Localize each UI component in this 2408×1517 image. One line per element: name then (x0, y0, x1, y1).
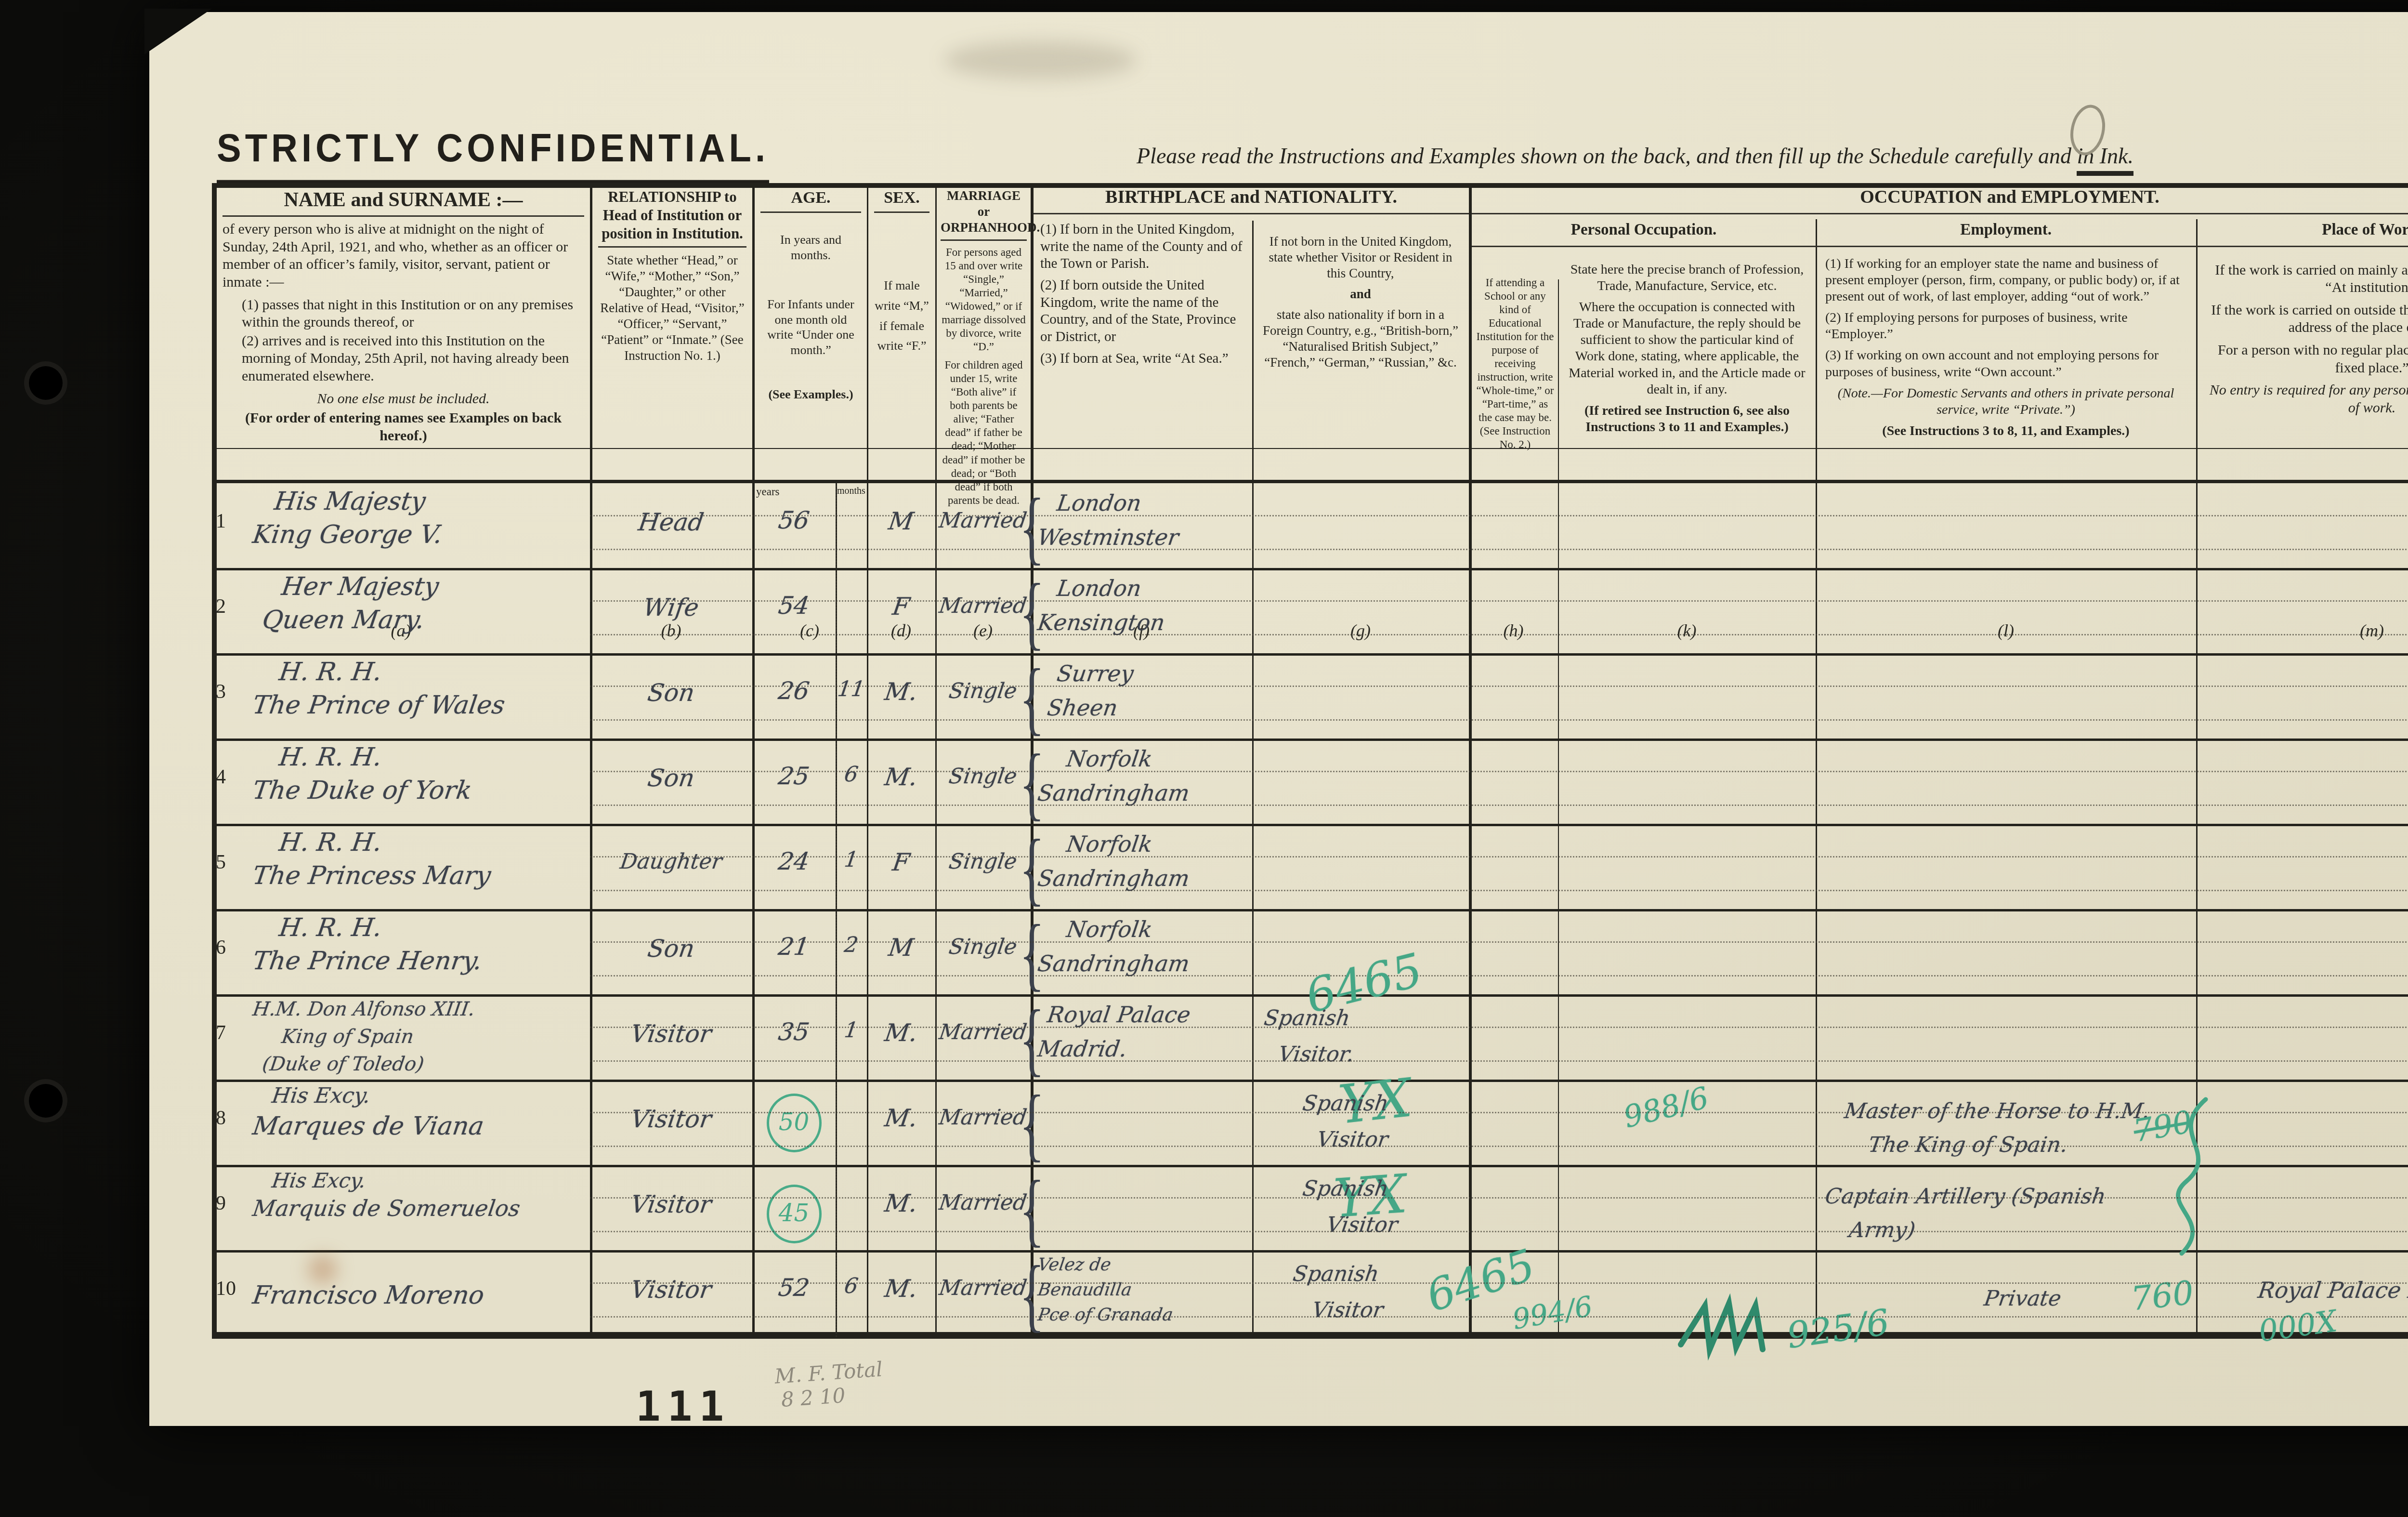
nationality-cell: SpanishVisitor (1264, 1086, 1466, 1158)
name-cell: H.M. Don Alfonso XIII.King of Spain(Duke… (253, 996, 590, 1078)
name-line: King of Spain (280, 1023, 592, 1051)
marriage-value: Married (933, 1020, 1032, 1044)
birthplace-line: Benaudilla (1036, 1278, 1254, 1303)
sex-value: M. (865, 1019, 937, 1047)
header-marriage: MARRIAGE or ORPHANHOOD. For persons aged… (937, 183, 1031, 448)
header-nationality: If not born in the United Kingdom, state… (1252, 214, 1469, 395)
header-text: If male write “M,” if female write “F.” (874, 276, 929, 356)
header-text: (3) If working on own account and not em… (1825, 347, 2186, 380)
row-number: 5 (216, 851, 245, 874)
place-of-work-cell: Royal Palace Madrid (2206, 1277, 2408, 1303)
age-months-value: 6 (834, 762, 868, 787)
name-line: H.M. Don Alfonso XIII. (251, 996, 592, 1023)
name-cell: H. R. H.The Duke of York (253, 741, 590, 807)
header-text: No one else must be included. (222, 390, 584, 408)
name-line: Marques de Viana (250, 1110, 592, 1143)
birthplace-cell: SurreySheen (1038, 657, 1252, 726)
guide-line (590, 975, 2408, 976)
table-row: 4 H. R. H.The Duke of York Son 25 6 M. S… (212, 739, 2408, 824)
header-text: of every person who is alive at midnight… (222, 221, 584, 291)
header-text: (If retired see Instruction 6, see also … (1565, 403, 1809, 435)
age-years-value: 52 (750, 1274, 838, 1302)
table-row: 8 His Excy.Marques de Viana Visitor 50 M… (212, 1080, 2408, 1165)
header-text: If attending a School or any kind of Edu… (1475, 276, 1556, 452)
guide-line (590, 805, 2408, 806)
row-number: 4 (216, 765, 245, 789)
age-years-cell: 45 (752, 1185, 836, 1243)
nationality-cell: SpanishVisitor (1264, 1171, 1466, 1243)
name-line: Queen Mary. (260, 604, 592, 637)
sex-value: M. (865, 763, 937, 791)
table-row: 5 H. R. H.The Princess Mary Daughter 24 … (212, 824, 2408, 910)
marriage-value: Single (933, 935, 1032, 959)
instruction-line: Please read the Instructions and Example… (1137, 143, 2408, 169)
marriage-value: Married (933, 1276, 1032, 1300)
pencil-total-note: M. F. Total 8 2 10 (774, 1357, 885, 1411)
header-text: If not born in the United Kingdom, state… (1260, 234, 1461, 281)
birthplace-line: Velez de (1036, 1253, 1254, 1278)
header-text: State here the precise branch of Profess… (1565, 262, 1809, 294)
guide-line (590, 1146, 2408, 1147)
guide-line (590, 549, 2408, 550)
header-personal-occupation-title: Personal Occupation. (1472, 214, 1816, 247)
header-personal-occupation-group: Personal Occupation. If attending a Scho… (1472, 214, 1816, 485)
sex-value: F (865, 848, 937, 876)
table-row: 3 H. R. H.The Prince of Wales Son 26 11 … (212, 654, 2408, 739)
birthplace-cell: Royal PalaceMadrid. (1038, 998, 1252, 1067)
header-occupation-group: OCCUPATION and EMPLOYMENT. Personal Occu… (1472, 183, 2408, 448)
header-text: (Note.—For Domestic Servants and others … (1825, 385, 2186, 418)
birthplace-cell: LondonKensington (1038, 571, 1252, 640)
table-row: 9 His Excy.Marquis de Someruelos Visitor… (212, 1165, 2408, 1251)
table-row: 7 H.M. Don Alfonso XIII.King of Spain(Du… (212, 995, 2408, 1080)
guide-line (590, 1112, 2408, 1113)
age-years-value: 35 (750, 1018, 838, 1046)
header-relationship: RELATIONSHIP to Head of Institution or p… (592, 183, 752, 448)
pencil-zero-mark-icon (2066, 101, 2109, 159)
nationality-line: Spanish (1291, 1256, 1469, 1293)
scan-background: STRICTLY CONFIDENTIAL. Please read the I… (0, 0, 2408, 1517)
relationship-value: Daughter (588, 849, 754, 874)
header-age: AGE. In years and months. For Infants un… (755, 183, 867, 448)
marriage-value: Married (933, 1105, 1032, 1130)
name-line: (Duke of Toledo) (261, 1051, 592, 1078)
header-text: (2) arrives and is received into this In… (222, 332, 584, 385)
occupation-cell: Captain Artillery (SpanishArmy) (1825, 1180, 2201, 1248)
header-marriage-title: MARRIAGE or ORPHANHOOD. (941, 188, 1027, 241)
instruction-text: Please read the Instructions and Example… (1137, 144, 2077, 168)
guide-line (590, 600, 2408, 602)
age-months-value: 6 (834, 1274, 868, 1298)
age-years-value: 54 (750, 592, 838, 620)
header-text: (1) If born in the United Kingdom, write… (1040, 221, 1245, 272)
name-line: Francisco Moreno (250, 1279, 592, 1312)
punch-hole-icon (29, 366, 63, 400)
header-employment-title: Employment. (1816, 214, 2196, 247)
header-text: For Infants under one month old write “U… (760, 297, 861, 358)
nationality-line: Visitor. (1276, 1037, 1469, 1073)
nationality-cell: SpanishVisitor (1264, 1256, 1466, 1329)
nationality-line: Visitor (1324, 1207, 1469, 1243)
header-text: (For order of entering names see Example… (222, 409, 584, 445)
name-line: H. R. H. (277, 656, 592, 689)
header-text: (1) If working for an employer state the… (1825, 256, 2186, 305)
name-line: The Princess Mary (250, 859, 592, 893)
header-place-of-work: Place of Work. If the work is carried on… (2196, 214, 2408, 485)
guide-line (590, 890, 2408, 891)
marriage-value: Single (933, 849, 1032, 874)
header-text: If the work is carried on mainly at the … (2209, 262, 2408, 297)
birthplace-cell: LondonWestminster (1038, 486, 1252, 555)
name-line: His Excy. (270, 1082, 592, 1110)
paper-stain (944, 41, 1137, 79)
header-text: State whether “Head,” or “Wife,” “Mother… (598, 252, 746, 364)
guide-line (590, 1231, 2408, 1232)
guide-line (590, 1027, 2408, 1028)
age-years-value: 21 (750, 933, 838, 961)
punch-hole-icon (29, 1084, 63, 1118)
name-line: Her Majesty (279, 570, 592, 604)
header-text: and (1260, 286, 1461, 302)
ink-brace: { (1019, 1077, 1045, 1171)
nationality-line: Spanish (1262, 1001, 1469, 1037)
age-years-value: 24 (750, 847, 838, 875)
name-line: The Duke of York (250, 774, 592, 807)
header-text: If the work is carried on outside the in… (2209, 302, 2408, 337)
header-place-of-work-detail: If the work is carried on mainly at the … (2196, 247, 2408, 436)
relationship-value: Visitor (588, 1020, 754, 1048)
registrar-code-994-6: 994/6 (1510, 1290, 1595, 1336)
header-text: (3) If born at Sea, write “At Sea.” (1040, 350, 1245, 367)
name-line: H. R. H. (277, 826, 592, 859)
name-line: Marquis de Someruelos (251, 1194, 592, 1223)
table-row: 10 Francisco Moreno Visitor 52 6 M. Marr… (212, 1251, 2408, 1336)
confidential-heading: STRICTLY CONFIDENTIAL. (217, 125, 769, 187)
age-years-value: 25 (750, 762, 838, 790)
census-table: NAME and SURNAME :— of every person who … (212, 183, 2408, 1337)
header-text: (2) If employing persons for purposes of… (1825, 310, 2186, 343)
name-line: The Prince of Wales (250, 689, 592, 722)
header-text: No entry is required for any person who … (2209, 382, 2408, 417)
table-row: 2 Her MajestyQueen Mary. Wife 54 F Marri… (212, 568, 2408, 654)
sex-value: M (865, 507, 937, 535)
name-cell: Her MajestyQueen Mary. (253, 570, 590, 636)
header-birthplace-group: BIRTHPLACE and NATIONALITY. (1) If born … (1034, 183, 1469, 448)
nationality-line: Visitor (1315, 1122, 1469, 1158)
header-employment-detail: (1) If working for an employer state the… (1816, 247, 2196, 453)
age-months-value: 1 (834, 847, 868, 872)
relationship-value: Son (588, 764, 754, 792)
header-place-of-work-title: Place of Work. (2196, 214, 2408, 247)
name-cell: Francisco Moreno (253, 1253, 590, 1312)
header-age-title: AGE. (760, 188, 861, 213)
guide-line (590, 771, 2408, 772)
guide-line (590, 1316, 2408, 1318)
row-number: 7 (216, 1021, 245, 1044)
nationality-cell: SpanishVisitor. (1264, 1001, 1466, 1073)
name-cell: H. R. H.The Princess Mary (253, 826, 590, 892)
age-years-cell: 50 (752, 1094, 836, 1152)
header-school: If attending a School or any kind of Edu… (1472, 247, 1558, 486)
place-of-work-line: Royal Palace Madrid (2257, 1277, 2408, 1303)
header-sex: SEX. If male write “M,” if female write … (868, 183, 935, 448)
header-text: (See Instructions 3 to 8, 11, and Exampl… (1825, 423, 2186, 439)
relationship-value: Visitor (588, 1190, 754, 1218)
marriage-value: Married (933, 594, 1032, 618)
registrar-code-000x: 000X (2257, 1303, 2339, 1349)
birthplace-cell: NorfolkSandringham (1038, 912, 1252, 981)
sex-value: M. (865, 1189, 937, 1217)
header-occupation-title: OCCUPATION and EMPLOYMENT. (1472, 186, 2408, 214)
birthplace-cell: NorfolkSandringham (1038, 827, 1252, 896)
name-line: H. R. H. (277, 741, 592, 774)
name-line: King George V. (250, 518, 592, 552)
row-number: 3 (216, 680, 245, 703)
nationality-line: Visitor (1310, 1293, 1469, 1329)
green-scribble-icon (1676, 1296, 1777, 1369)
header-birthplace-title: BIRTHPLACE and NATIONALITY. (1034, 186, 1469, 214)
header-name-title: NAME and SURNAME :— (222, 188, 584, 217)
registrar-code-988-6: 988/6 (1620, 1080, 1712, 1134)
header-text: (2) If born outside the United Kingdom, … (1040, 277, 1245, 345)
row-number: 6 (216, 936, 245, 959)
nationality-line: Spanish (1300, 1171, 1469, 1207)
header-employment: Employment. (1) If working for an employ… (1816, 214, 2196, 485)
birthplace-line: Pce of Granada (1036, 1303, 1254, 1328)
guide-line (590, 719, 2408, 721)
tally-print-mark: 111 (636, 1383, 731, 1431)
birthplace-cell: NorfolkSandringham (1038, 742, 1252, 811)
name-cell: His MajestyKing George V. (253, 485, 590, 551)
header-occupation-detail: State here the precise branch of Profess… (1558, 247, 1816, 486)
relationship-value: Son (588, 935, 754, 963)
header-text: (1) passes that night in this Institutio… (222, 296, 584, 331)
header-text: For persons aged 15 and over write “Sing… (941, 246, 1027, 354)
age-circled-green: 45 (767, 1185, 822, 1243)
name-line: The Prince Henry. (250, 945, 592, 978)
age-years-value: 26 (750, 677, 838, 705)
guide-line (590, 1282, 2408, 1284)
marriage-value: Single (933, 764, 1032, 789)
guide-line (590, 1197, 2408, 1199)
header-text: For a person with no regular place of wo… (2209, 342, 2408, 377)
name-cell: H. R. H.The Prince Henry. (253, 911, 590, 977)
nationality-line: Spanish (1300, 1086, 1469, 1122)
name-cell: His Excy.Marques de Viana (253, 1082, 590, 1143)
row-number: 10 (216, 1277, 245, 1300)
ink-brace: { (1019, 1162, 1045, 1256)
age-circled-green: 50 (767, 1094, 822, 1152)
age-months-value: 2 (834, 933, 868, 957)
sex-value: M (865, 934, 937, 962)
table-row: 1 His MajestyKing George V. Head 56 M Ma… (212, 483, 2408, 568)
header-birthplace-uk: (1) If born in the United Kingdom, write… (1034, 214, 1252, 395)
name-line: H. R. H. (277, 911, 592, 945)
guide-line (590, 1060, 2408, 1062)
age-months-value: 11 (834, 677, 868, 701)
paper-stain (308, 1255, 337, 1284)
row-number: 2 (216, 595, 245, 618)
relationship-value: Son (588, 679, 754, 707)
row-number: 9 (216, 1192, 245, 1215)
relationship-value: Visitor (588, 1276, 754, 1304)
header-relationship-title: RELATIONSHIP to Head of Institution or p… (598, 188, 746, 248)
relationship-value: Visitor (588, 1105, 754, 1133)
relationship-value: Head (588, 508, 754, 536)
sex-value: F (865, 593, 937, 620)
census-schedule-page: STRICTLY CONFIDENTIAL. Please read the I… (149, 12, 2408, 1426)
header-text: In years and months. (760, 232, 861, 263)
guide-line (590, 941, 2408, 943)
sex-value: M. (865, 1275, 937, 1303)
marriage-value: Single (933, 679, 1032, 703)
age-years-value: 56 (750, 506, 838, 534)
guide-line (590, 856, 2408, 857)
age-months-value: 1 (834, 1018, 868, 1042)
header-sex-title: SEX. (874, 188, 929, 213)
marriage-value: Married (933, 1190, 1032, 1215)
sex-value: M. (865, 678, 937, 706)
guide-line (590, 515, 2408, 516)
registrar-code-760: 760 (2129, 1274, 2195, 1318)
marriage-value: Married (933, 508, 1032, 533)
name-cell: His Excy.Marquis de Someruelos (253, 1167, 590, 1223)
relationship-value: Wife (588, 594, 754, 621)
header-text: Where the occupation is connected with T… (1565, 299, 1809, 398)
guide-line (590, 686, 2408, 687)
header-name: NAME and SURNAME :— of every person who … (217, 183, 590, 448)
header-text: state also nationality if born in a Fore… (1260, 307, 1461, 370)
name-line: His Majesty (272, 485, 592, 518)
name-cell: H. R. H.The Prince of Wales (253, 656, 590, 722)
row-number: 8 (216, 1107, 245, 1130)
name-line: His Excy. (270, 1167, 592, 1194)
row-number: 1 (216, 510, 245, 533)
header-text: (See Examples.) (760, 387, 861, 402)
guide-line (590, 634, 2408, 635)
sex-value: M. (865, 1104, 937, 1132)
